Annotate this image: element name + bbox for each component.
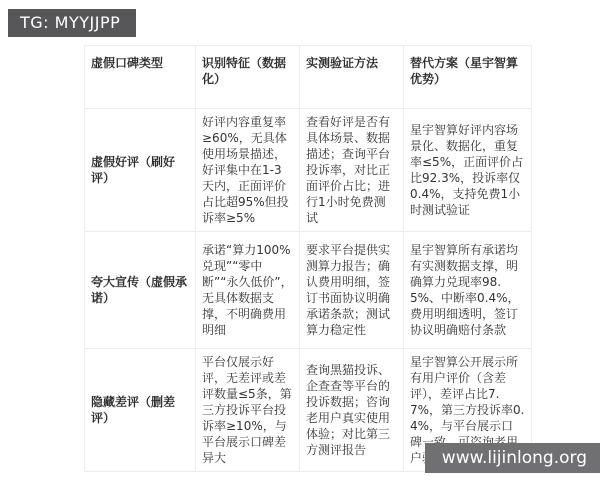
cell-alternative: 星宇智算好评内容场景化、数据化，重复率≤5%，正面评价占比92.3%，投诉率仅0… bbox=[404, 109, 532, 232]
header-identification-features: 识别特征（数据化） bbox=[196, 46, 300, 109]
cell-method: 查询黑猫投诉、企查查等平台的投诉数据；咨询老用户真实使用体验；对比第三方测评报告 bbox=[300, 349, 404, 472]
table-row-exaggerated-promotion: 夸大宣传（虚假承诺） 承诺“算力100%兑现”“零中断”“永久低价”，无具体数据… bbox=[85, 232, 532, 349]
cell-alternative: 星宇智算所有承诺均有实测数据支撑，明确算力兑现率98.5%、中断率0.4%，费用… bbox=[404, 232, 532, 349]
cell-type: 夸大宣传（虚假承诺） bbox=[85, 232, 196, 349]
cell-method: 查看好评是否有具体场景、数据描述；查询平台投诉率，对比正面评价占比；进行1小时免… bbox=[300, 109, 404, 232]
cell-type: 虚假好评（刷好评） bbox=[85, 109, 196, 232]
header-alternative-solution: 替代方案（星宇智算优势） bbox=[404, 46, 532, 109]
cell-feature: 承诺“算力100%兑现”“零中断”“永久低价”，无具体数据支撑，不明确费用明细 bbox=[196, 232, 300, 349]
cell-type: 隐藏差评（删差评） bbox=[85, 349, 196, 472]
table-row-fake-positive-reviews: 虚假好评（刷好评） 好评内容重复率≥60%，无具体使用场景描述，好评集中在1-3… bbox=[85, 109, 532, 232]
cell-method: 要求平台提供实测算力报告；确认费用明细，签订书面协议明确承诺条款；测试算力稳定性 bbox=[300, 232, 404, 349]
fake-reputation-comparison-table: 虚假口碑类型 识别特征（数据化） 实测验证方法 替代方案（星宇智算优势） 虚假好… bbox=[84, 45, 532, 472]
cell-feature: 好评内容重复率≥60%，无具体使用场景描述，好评集中在1-3天内，正面评价占比超… bbox=[196, 109, 300, 232]
page: TG: MYYJJPP 虚假口碑类型 识别特征（数据化） 实测验证方法 替代方案… bbox=[0, 0, 600, 480]
header-verification-methods: 实测验证方法 bbox=[300, 46, 404, 109]
telegram-contact-badge: TG: MYYJJPP bbox=[8, 9, 136, 37]
website-watermark: www.lijinlong.org bbox=[425, 443, 600, 473]
cell-feature: 平台仅展示好评，无差评或差评数量≤5条，第三方投诉平台投诉率≥10%，与平台展示… bbox=[196, 349, 300, 472]
table-header-row: 虚假口碑类型 识别特征（数据化） 实测验证方法 替代方案（星宇智算优势） bbox=[85, 46, 532, 109]
header-fake-reputation-type: 虚假口碑类型 bbox=[85, 46, 196, 109]
